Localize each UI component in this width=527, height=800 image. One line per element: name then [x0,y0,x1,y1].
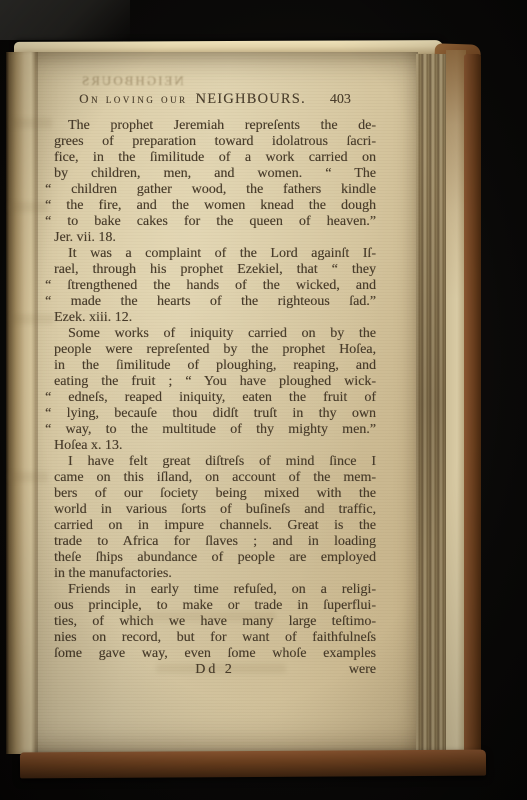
text-line: “ way, to the multitude of thy mighty me… [45,422,376,438]
text-line: trade to Africa for ſlaves ; and in load… [54,534,376,550]
text-block: The prophet Jeremiah repreſents the de-g… [54,118,376,662]
text-line: Friends in early time refuſed, on a reli… [54,582,376,598]
text-line: ous principle, to make or trade in ſuper… [54,598,376,614]
cover-edge-right [464,54,481,774]
text-line: Jer. vii. 18. [54,230,376,246]
running-header: On loving our NEIGHBOURS. 403 [54,90,376,108]
text-line: “ made the hearts of the righteous ſad.” [45,294,376,310]
header-section-title: NEIGHBOURS. [196,91,306,107]
text-line: bers of our ſociety being mixed with the [54,486,376,502]
header-section-prefix: On loving our [79,91,187,106]
page-edge-strip [446,50,466,758]
paragraph: Friends in early time refuſed, on a reli… [54,582,376,662]
text-line: “ edneſs, reaped iniquity, eaten the fru… [45,390,376,406]
text-line: Ezek. xiii. 12. [54,310,376,326]
fore-edge-page-stack [416,54,447,754]
backdrop-shadow [0,0,130,40]
text-line: in the ſimilitude of ploughing, reaping,… [54,358,376,374]
text-line: ſome gave way, even ſome whoſe examples [54,646,376,662]
book-photo: NEIGHBOURS On loving our NEIGHBOURS. 403… [0,0,527,800]
text-line: Some works of iniquity carried on by the [54,326,376,342]
text-line: theſe ſhips abundance of people are empl… [54,550,376,566]
page-gutter-shadow [6,52,38,754]
text-line: fice, in the ſimilitude of a work carrie… [54,150,376,166]
text-line: rael, through his prophet Ezekiel, that … [54,262,376,278]
text-line: I have felt great diſtreſs of mind ſince… [54,454,376,470]
text-line: “ ſtrengthened the hands of the wicked, … [45,278,376,294]
text-line: “ the fire, and the women knead the doug… [45,198,376,214]
text-line: “ lying, becauſe thou didſt truſt in thy… [45,406,376,422]
paragraph: The prophet Jeremiah repreſents the de-g… [54,118,376,246]
text-line: Hoſea x. 13. [54,438,376,454]
text-line: world in various ſorts of buſineſs and t… [54,502,376,518]
text-line: carried on in impure channels. Great is … [54,518,376,534]
signature-mark: Dd 2 [195,662,235,677]
paragraph: It was a complaint of the Lord againſt I… [54,246,376,326]
footer-line: Dd 2 were [54,662,376,678]
paragraph: Some works of iniquity carried on by the… [54,326,376,454]
text-line: grees of preparation toward idolatrous ſ… [54,134,376,150]
text-line: people were repreſented by the prophet H… [54,342,376,358]
text-line: The prophet Jeremiah repreſents the de- [54,118,376,134]
text-line: It was a complaint of the Lord againſt I… [54,246,376,262]
text-line: came on this iſland, on account of the m… [54,470,376,486]
text-line: “ children gather wood, the fathers kind… [45,182,376,198]
showthrough-ghost-text: NEIGHBOURS [80,73,184,89]
paragraph: I have felt great diſtreſs of mind ſince… [54,454,376,582]
text-line: nies on record, but for want of faithful… [54,630,376,646]
text-line: ties, of which we have many large teſtim… [54,614,376,630]
text-line: eating the fruit ; “ You have ploughed w… [54,374,376,390]
cover-edge-bottom [20,750,486,779]
catchword: were [349,662,376,678]
text-line: in the manufactories. [54,566,376,582]
text-line: by children, men, and women. “ The [54,166,376,182]
book-page: NEIGHBOURS On loving our NEIGHBOURS. 403… [6,52,418,754]
text-line: “ to bake cakes for the queen of heaven.… [45,214,376,230]
page-number: 403 [330,92,351,107]
